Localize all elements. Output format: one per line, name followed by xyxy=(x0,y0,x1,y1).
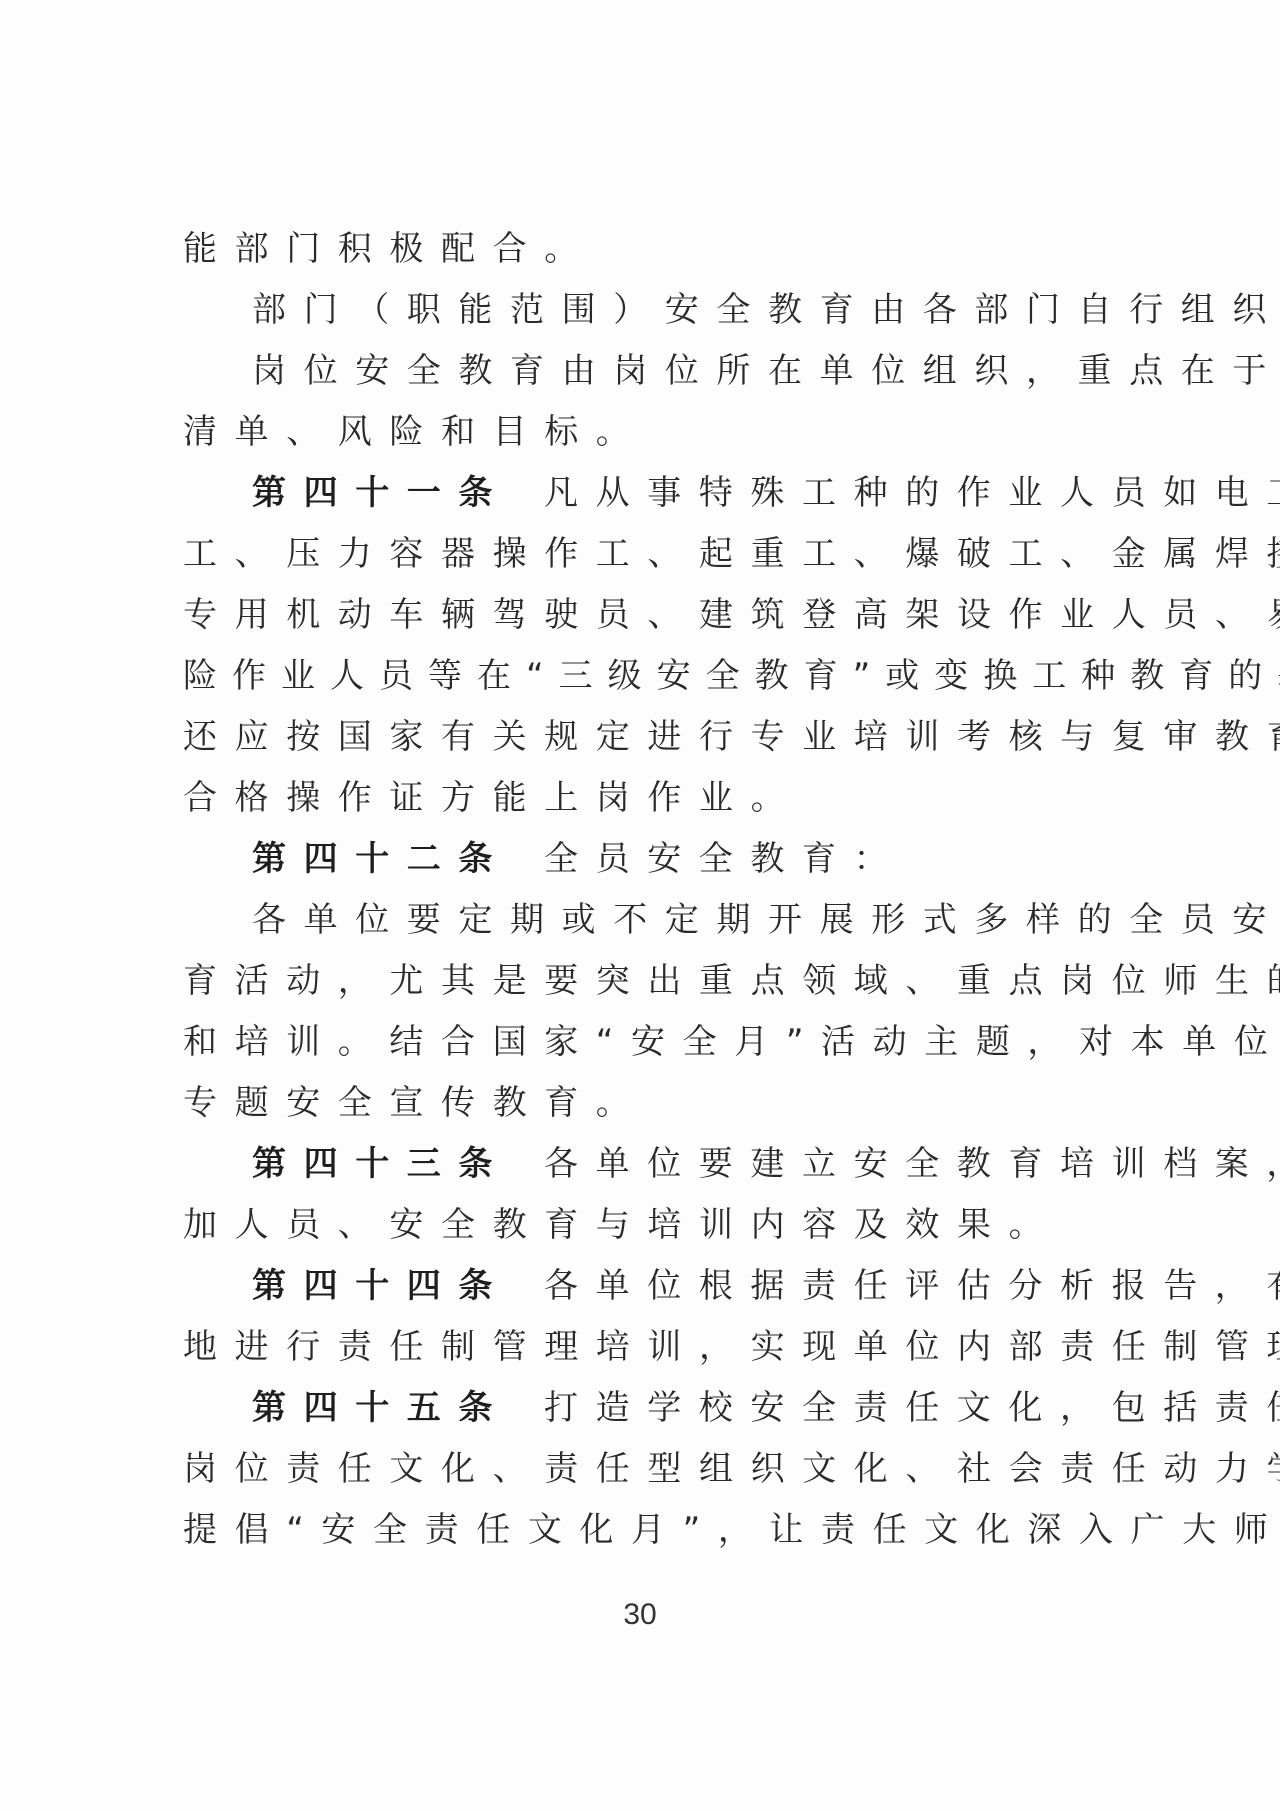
text-line: 提倡“安全责任文化月”，让责任文化深入广大师生员工。 xyxy=(183,1510,1123,1550)
text-line: 还应按国家有关规定进行专业培训考核与复审教育，并取得 xyxy=(183,717,1123,757)
text-line: 工、压力容器操作工、起重工、爆破工、金属焊接工，校内 xyxy=(183,534,1123,574)
article-heading: 第四十一条 xyxy=(252,473,510,513)
text-line: 岗位安全教育由岗位所在单位组织，重点在于岗位责任 xyxy=(252,351,1192,391)
article-42: 第四十二条全员安全教育： xyxy=(252,839,1192,879)
article-text: 各单位要建立安全教育培训档案，记录参 xyxy=(544,1144,1280,1184)
article-text: 全员安全教育： xyxy=(544,839,905,879)
article-text: 凡从事特殊工种的作业人员如电工、电焊 xyxy=(544,473,1280,513)
text-line: 险作业人员等在“三级安全教育”或变换工种教育的基础上， xyxy=(183,656,1123,696)
article-heading: 第四十五条 xyxy=(252,1388,510,1428)
article-44: 第四十四条各单位根据责任评估分析报告，有针对性 xyxy=(252,1266,1192,1306)
text-line: 加人员、安全教育与培训内容及效果。 xyxy=(183,1205,1123,1245)
text-line: 岗位责任文化、责任型组织文化、社会责任动力学文化等。 xyxy=(183,1449,1123,1489)
article-text: 各单位根据责任评估分析报告，有针对性 xyxy=(544,1266,1280,1306)
text-line: 专用机动车辆驾驶员、建筑登高架设作业人员、易燃易爆危 xyxy=(183,595,1123,635)
text-line: 地进行责任制管理培训，实现单位内部责任制管理。 xyxy=(183,1327,1123,1367)
article-41: 第四十一条凡从事特殊工种的作业人员如电工、电焊 xyxy=(252,473,1192,513)
article-45: 第四十五条打造学校安全责任文化，包括责任语言、 xyxy=(252,1388,1192,1428)
document-page: 能部门积极配合。 部门（职能范围）安全教育由各部门自行组织。 岗位安全教育由岗位… xyxy=(0,0,1280,1811)
article-heading: 第四十三条 xyxy=(252,1144,510,1184)
text-line: 部门（职能范围）安全教育由各部门自行组织。 xyxy=(252,290,1192,330)
page-number: 30 xyxy=(0,1598,1280,1632)
article-text: 打造学校安全责任文化，包括责任语言、 xyxy=(544,1388,1280,1428)
article-43: 第四十三条各单位要建立安全教育培训档案，记录参 xyxy=(252,1144,1192,1184)
text-line: 育活动，尤其是要突出重点领域、重点岗位师生的安全教育 xyxy=(183,961,1123,1001)
article-heading: 第四十二条 xyxy=(252,839,510,879)
text-line: 和培训。结合国家“安全月”活动主题，对本单位师生组织 xyxy=(183,1022,1123,1062)
text-line: 专题安全宣传教育。 xyxy=(183,1083,1123,1123)
text-line: 能部门积极配合。 xyxy=(183,229,1123,269)
text-line: 清单、风险和目标。 xyxy=(183,412,1123,452)
text-line: 各单位要定期或不定期开展形式多样的全员安全宣传教 xyxy=(252,900,1192,940)
text-line: 合格操作证方能上岗作业。 xyxy=(183,778,1123,818)
article-heading: 第四十四条 xyxy=(252,1266,510,1306)
